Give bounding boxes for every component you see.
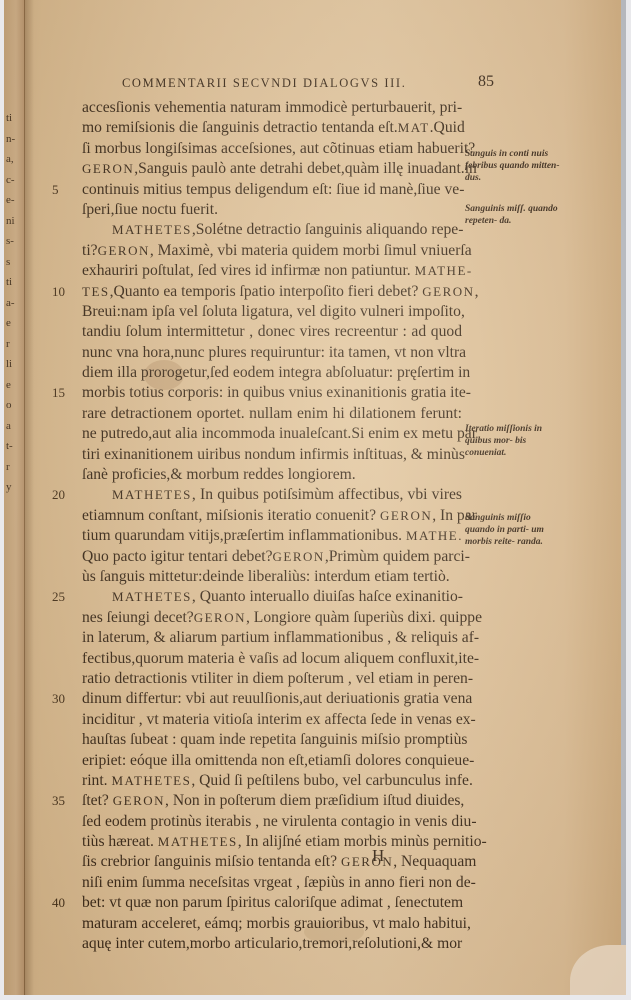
text-line: hauſtas ſubeat : quam inde repetita ſang… [82,730,462,750]
text-line: 20MATHETES, In quibus potiſsimùm affecti… [82,485,462,505]
text-segment: diem illa prorogetur,ſed eodem integra a… [82,364,470,381]
signature-mark: H [372,846,384,866]
text-segment: tandiu ſolum intermittetur , donec vires… [82,323,462,340]
text-line: 5continuis mitius tempus deligendum eſt:… [82,180,462,200]
text-segment: , Maximè, vbi materia quidem morbi ſimul… [150,242,472,259]
fold-text-fragment: li [6,354,12,375]
text-segment: tiri exinanitionem uiribus nondum infirm… [82,446,465,463]
text-line: in laterum, & aliarum partium inflammati… [82,628,462,648]
page-header: COMMENTARII SECVNDI DIALOGVS III. 85 [122,76,494,91]
text-segment: accesſionis vehementia naturam immodicè … [82,99,462,116]
text-segment: , In alijſné etiam morbis minùs pernitio… [238,833,487,850]
speaker-name: MATHETES [158,834,238,849]
fold-text-fragment: ti [6,272,12,293]
text-segment: eripiet: eóque illa omittenda non eſt,et… [82,752,474,769]
text-line: rare detractionem oportet. nullam enim h… [82,404,462,424]
text-segment: rare detractionem oportet. nullam enim h… [82,405,462,422]
speaker-name: GERON [341,854,393,869]
marginal-note: Sanguinis miſſ. quando repeten- da. [465,203,560,227]
text-segment: ,Solétne detractio ſanguinis aliquando r… [192,221,464,238]
text-line: 30dinum differtur: vbi aut reuulſionis,a… [82,689,462,709]
fold-text-fragment: s- [6,231,14,252]
text-line: 40bet: vt quæ non parum ſpiritus caloriſ… [82,893,462,913]
marginal-note: Sanguinis miſſio quando in parti- um mor… [465,512,560,548]
fold-shadow [24,0,34,995]
text-line: fectibus,quorum materia è vaſis ad locum… [82,649,462,669]
speaker-name: GERON [194,610,246,625]
text-line: nunc vna hora,nunc plures requiruntur: i… [82,343,462,363]
speaker-name: GERON [422,284,474,299]
text-segment: .Quid [430,119,465,136]
text-segment: ùs ſanguis mittetur:deinde liberaliùs: i… [82,568,450,585]
line-number: 10 [52,282,65,302]
text-segment: nunc vna hora,nunc plures requiruntur: i… [82,344,466,361]
text-line: exhauriri poſtulat, ſed vires id infirmæ… [82,261,462,281]
text-segment: aquę inter cutem,morbo articulario,tremo… [82,935,462,952]
line-number: 25 [52,587,65,607]
text-segment: ſtet? [82,792,113,809]
text-line: ſis crebrior ſanguinis miſsio tentanda e… [82,852,462,872]
text-line: tandiu ſolum intermittetur , donec vires… [82,322,462,342]
text-segment: mo remiſsionis die ſanguinis detractio t… [82,119,398,136]
line-number: 40 [52,893,65,913]
text-line: MATHETES,Solétne detractio ſanguinis ali… [82,220,462,240]
text-segment: , Non in poſterum diem præſidium iſtud d… [165,792,464,809]
fold-text-fragment: e [6,313,11,334]
text-segment: morbis totius corporis: in quibus vnius … [82,384,471,401]
previous-page-fold: tin-a,c-e-nis-stia-erlieoat-ry [4,0,25,995]
speaker-name: MATHETES [112,487,192,502]
fold-text-fragment: s [6,252,10,273]
text-segment: ,Sanguis paulò ante detrahi debet,quàm i… [134,160,477,177]
text-segment: nes ſeiungi decet? [82,609,194,626]
fold-text-fragment: e [6,375,11,396]
fold-text-fragment: e- [6,190,15,211]
text-line: nes ſeiungi decet?GERON, Longiore quàm ſ… [82,608,462,628]
speaker-name: MATHE- [415,263,473,278]
line-number: 5 [52,180,59,200]
text-segment: rint. [82,772,111,789]
text-segment: inciditur , vt materia vitioſa interim e… [82,711,476,728]
text-line: aquę inter cutem,morbo articulario,tremo… [82,934,462,954]
text-line: ſi morbus longiſsimas acceſsiones, aut c… [82,139,462,159]
fold-text-fragment: ti [6,108,12,129]
text-segment: , Quid ſi peſtilens bubo, vel carbunculu… [191,772,473,789]
text-line: ùs ſanguis mittetur:deinde liberaliùs: i… [82,567,462,587]
text-segment: Quo pacto igitur tentari debet? [82,548,273,565]
text-line: tiùs hæreat. MATHETES, In alijſné etiam … [82,832,462,852]
fold-text-fragment: c- [6,170,15,191]
text-segment: ratio detractionis vtiliter in diem poſt… [82,670,473,687]
fold-text-fragment: a- [6,293,15,314]
speaker-name: MATHETES [112,222,192,237]
text-line: rint. MATHETES, Quid ſi peſtilens bubo, … [82,771,462,791]
text-segment: ſanè proficies,& morbum reddes longiorem… [82,466,356,483]
text-segment: niſi enim ſumma neceſsitas vrgeat , ſæpi… [82,874,476,891]
text-segment: tiùs hæreat. [82,833,158,850]
marginal-note: Iteratio miſſionis in quibus mor- bis co… [465,423,560,459]
speaker-name: GERON [380,508,432,523]
text-segment: maturam acceleret, eámq; morbis grauiori… [82,915,471,932]
text-segment: ti? [82,242,98,259]
page-number: 85 [478,73,494,91]
text-segment: hauſtas ſubeat : quam inde repetita ſang… [82,731,467,748]
text-segment: fectibus,quorum materia è vaſis ad locum… [82,650,479,667]
fold-text-fragment: ni [6,211,15,232]
speaker-name: GERON [273,549,325,564]
text-segment: exhauriri poſtulat, ſed vires id infirmæ… [82,262,415,279]
text-segment: ſed eodem protinùs iterabis , ne virulen… [82,813,477,830]
text-line: GERON,Sanguis paulò ante detrahi debet,q… [82,159,462,179]
speaker-name: GERON [113,793,165,808]
text-line: etiamnum conſtant, miſsionis iteratio co… [82,506,462,526]
text-segment: etiamnum conſtant, miſsionis iteratio co… [82,507,380,524]
running-title: COMMENTARII SECVNDI DIALOGVS III. [122,76,406,90]
text-segment: ſperi,ſiue noctu fuerit. [82,201,218,218]
text-line: diem illa prorogetur,ſed eodem integra a… [82,363,462,383]
text-line: mo remiſsionis die ſanguinis detractio t… [82,118,462,138]
text-segment: , Longiore quàm ſuperiùs dixi. quippe [246,609,482,626]
torn-corner [570,945,626,995]
text-segment: ſis crebrior ſanguinis miſsio tentanda e… [82,853,341,870]
text-line: eripiet: eóque illa omittenda non eſt,et… [82,751,462,771]
speaker-name: GERON [98,243,150,258]
line-number: 30 [52,689,65,709]
text-line: ſperi,ſiue noctu fuerit. [82,200,462,220]
fold-text-fragment: t- [6,436,13,457]
speaker-name: GERON [82,161,134,176]
text-segment: , Quanto interuallo diuiſas haſce exinan… [192,588,463,605]
fold-text-fragment: r [6,457,10,478]
fold-text-fragment: r [6,334,10,355]
text-segment: Breui:nam ipſa vel ſoluta ligatura, vel … [82,303,465,320]
text-segment: in laterum, & aliarum partium inflammati… [82,629,479,646]
text-line: 35ſtet? GERON, Non in poſterum diem præſ… [82,791,462,811]
text-line: tium quarundam vitijs,præſertim inflamma… [82,526,462,546]
speaker-name: MATHETES [112,589,192,604]
speaker-name: TES [82,284,110,299]
text-line: 25MATHETES, Quanto interuallo diuiſas ha… [82,587,462,607]
text-segment: tium quarundam vitijs,præſertim inflamma… [82,527,406,544]
text-segment: ne putredo,aut alia incommoda inualeſcan… [82,425,477,442]
fold-text-fragment: a [6,416,11,437]
text-line: Breui:nam ipſa vel ſoluta ligatura, vel … [82,302,462,322]
fold-text-fragment: o [6,395,12,416]
line-number: 35 [52,791,65,811]
text-line: inciditur , vt materia vitioſa interim e… [82,710,462,730]
text-segment: , In quibus potiſsimùm affectibus, vbi v… [192,486,462,503]
speaker-name: MATHE. [406,528,463,543]
text-segment: dinum differtur: vbi aut reuulſionis,aut… [82,690,472,707]
scan-right-edge [621,0,626,995]
scanned-page: tin-a,c-e-nis-stia-erlieoat-ry COMMENTAR… [4,0,626,995]
fold-text-fragment: n- [6,129,15,150]
text-line: accesſionis vehementia naturam immodicè … [82,98,462,118]
line-number: 20 [52,485,65,505]
text-line: ti?GERON, Maximè, vbi materia quidem mor… [82,241,462,261]
text-segment: ,Quanto ea temporis ſpatio interpoſito f… [110,283,423,300]
text-line: 15morbis totius corporis: in quibus vniu… [82,383,462,403]
text-line: maturam acceleret, eámq; morbis grauiori… [82,914,462,934]
line-number: 15 [52,383,65,403]
text-line: 10TES,Quanto ea temporis ſpatio interpoſ… [82,282,462,302]
text-segment: , [475,283,479,300]
text-line: tiri exinanitionem uiribus nondum infirm… [82,445,462,465]
body-text: accesſionis vehementia naturam immodicè … [82,98,462,954]
text-line: ſanè proficies,& morbum reddes longiorem… [82,465,462,485]
fold-text-fragment: y [6,477,12,498]
speaker-name: MAT [398,120,430,135]
text-line: niſi enim ſumma neceſsitas vrgeat , ſæpi… [82,873,462,893]
fold-text-fragment: a, [6,149,14,170]
text-segment: , Nequaquam [393,853,476,870]
marginal-note: Sanguis in conti nuis febribus quando mi… [465,148,560,184]
text-segment: bet: vt quæ non parum ſpiritus caloriſqu… [82,894,463,911]
text-segment: ,Primùm quidem parci- [325,548,470,565]
text-line: ne putredo,aut alia incommoda inualeſcan… [82,424,462,444]
speaker-name: MATHETES [111,773,191,788]
scan-bottom-edge [0,995,631,1000]
text-line: Quo pacto igitur tentari debet?GERON,Pri… [82,547,462,567]
text-line: ratio detractionis vtiliter in diem poſt… [82,669,462,689]
text-segment: continuis mitius tempus deligendum eſt: … [82,181,464,198]
text-line: ſed eodem protinùs iterabis , ne virulen… [82,812,462,832]
text-segment: ſi morbus longiſsimas acceſsiones, aut c… [82,140,475,157]
